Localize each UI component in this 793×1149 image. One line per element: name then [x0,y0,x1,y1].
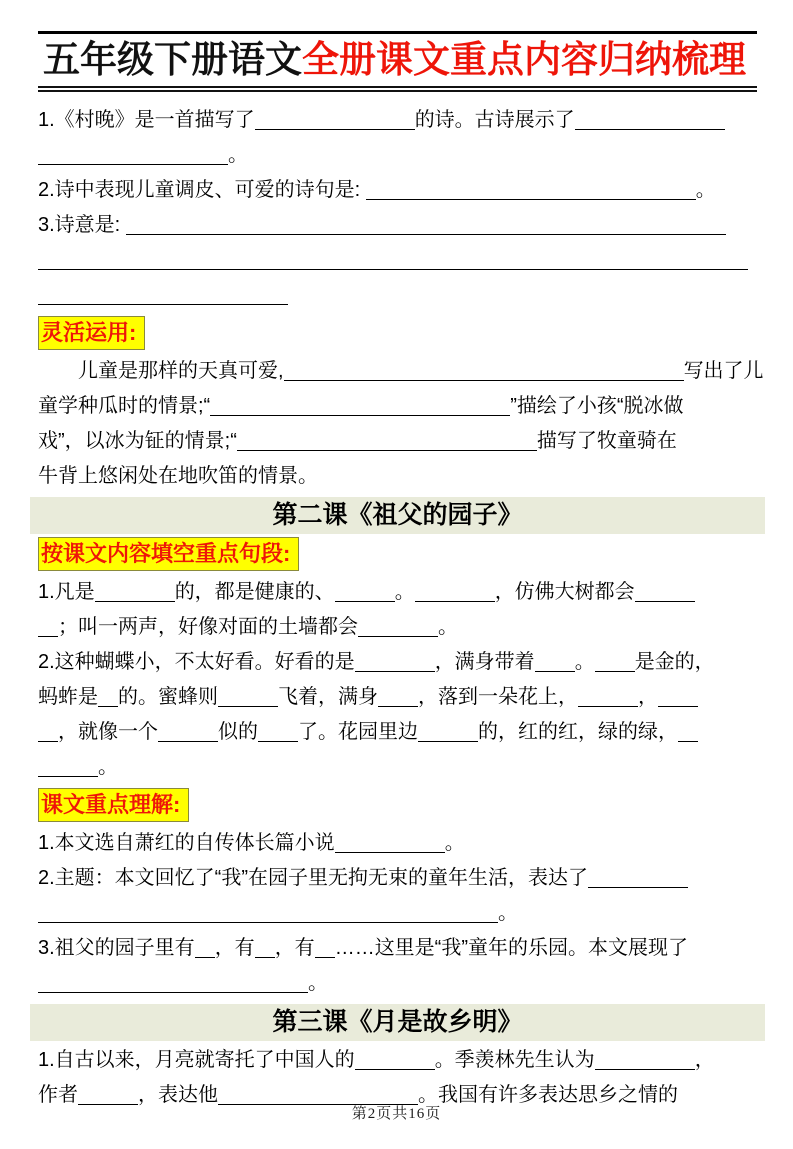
fill-in-blank [38,724,58,742]
text-line: 2.主题：本文回忆了“我”在园子里无拘无束的童年生活，表达了 [38,861,757,896]
fill-in-blank [415,584,495,602]
fill-in-blank [237,433,537,451]
fill-in-blank [195,940,215,958]
page-footer: 第2页共16页 [0,1102,793,1123]
fill-in-blank [210,398,510,416]
fill-in-blank [678,724,698,742]
page: 五年级下册语文全册课文重点内容归纳梳理 1.《村晚》是一首描写了的诗。古诗展示了… [0,0,793,1149]
text-line: 。 [38,896,757,931]
fill-in-blank [38,759,98,777]
label-row: 按课文内容填空重点句段: [38,537,757,571]
label-row: 灵活运用: [38,316,757,350]
fill-in-blank [575,112,725,130]
title-double-rule [38,86,757,92]
fill-in-blank [355,654,435,672]
text-line: ，就像一个似的了。花园里边的，红的红，绿的绿， [38,715,757,750]
fill-in-blank [38,975,308,993]
text-line: 2.这种蝴蝶小，不太好看。好看的是，满身带着。是金的， [38,645,757,680]
fill-in-blank [335,584,395,602]
title-red-part: 全册课文重点内容归纳梳理 [302,39,746,80]
text-line: 蚂蚱是的。蜜蜂则飞着，满身，落到一朵花上，， [38,680,757,715]
text-line: 。 [38,750,757,785]
fill-in-blank [95,584,175,602]
title-black-part: 五年级下册语文 [43,39,302,80]
fill-in-blank [38,905,498,923]
fill-in-blank [578,689,638,707]
fill-in-blank [38,287,288,305]
fill-in-blank [255,112,415,130]
fill-in-blank [126,217,726,235]
section-heading-lesson3: 第三课《月是故乡明》 [30,1004,765,1041]
text-line: 牛背上悠闲处在地吹笛的情景。 [38,459,757,494]
fill-in-blank [355,1052,435,1070]
fill-in-blank [38,252,748,270]
fill-in-blank [218,689,278,707]
text-line: 。 [38,138,757,173]
fill-in-blank [358,619,438,637]
text-line: ；叫一两声，好像对面的土墙都会。 [38,610,757,645]
text-line: 儿童是那样的天真可爱,写出了儿 [38,354,757,389]
text-line: 1.凡是的，都是健康的、。，仿佛大树都会 [38,575,757,610]
text-line: 。 [38,966,757,1001]
text-line [38,243,757,278]
page-content: 五年级下册语文全册课文重点内容归纳梳理 1.《村晚》是一首描写了的诗。古诗展示了… [0,31,793,1113]
text-line: 1.《村晚》是一首描写了的诗。古诗展示了 [38,103,757,138]
highlight-label-key-understanding: 课文重点理解: [38,788,189,822]
text-line: 1.本文选自萧红的自传体长篇小说。 [38,826,757,861]
text-line: 1.自古以来，月亮就寄托了中国人的。季羡林先生认为， [38,1043,757,1078]
text-line: 3.祖父的园子里有，有，有……这里是“我”童年的乐园。本文展现了 [38,931,757,966]
fill-in-blank [38,147,228,165]
section-heading-lesson2: 第二课《祖父的园子》 [30,497,765,534]
text-line: 童学种瓜时的情景;“”描绘了小孩“脱冰做 [38,389,757,424]
highlight-label-flexible-use: 灵活运用: [38,316,145,350]
page-title: 五年级下册语文全册课文重点内容归纳梳理 [38,34,757,86]
fill-in-blank [335,835,445,853]
fill-in-blank [38,619,58,637]
fill-in-blank [258,724,298,742]
fill-in-blank [535,654,575,672]
fill-in-blank [595,654,635,672]
fill-in-blank [315,940,335,958]
fill-in-blank [284,363,684,381]
fill-in-blank [595,1052,695,1070]
fill-in-blank [588,870,688,888]
label-row: 课文重点理解: [38,788,757,822]
highlight-label-fill-in: 按课文内容填空重点句段: [38,537,299,571]
fill-in-blank [418,724,478,742]
fill-in-blank [378,689,418,707]
fill-in-blank [158,724,218,742]
text-line: 2.诗中表现儿童调皮、可爱的诗句是: 。 [38,173,757,208]
fill-in-blank [98,689,118,707]
text-line: 戏”，以冰为钲的情景;“描写了牧童骑在 [38,424,757,459]
fill-in-blank [658,689,698,707]
fill-in-blank [255,940,275,958]
text-line [38,278,757,313]
fill-in-blank [635,584,695,602]
fill-in-blank [366,182,696,200]
text-line: 3.诗意是: [38,208,757,243]
